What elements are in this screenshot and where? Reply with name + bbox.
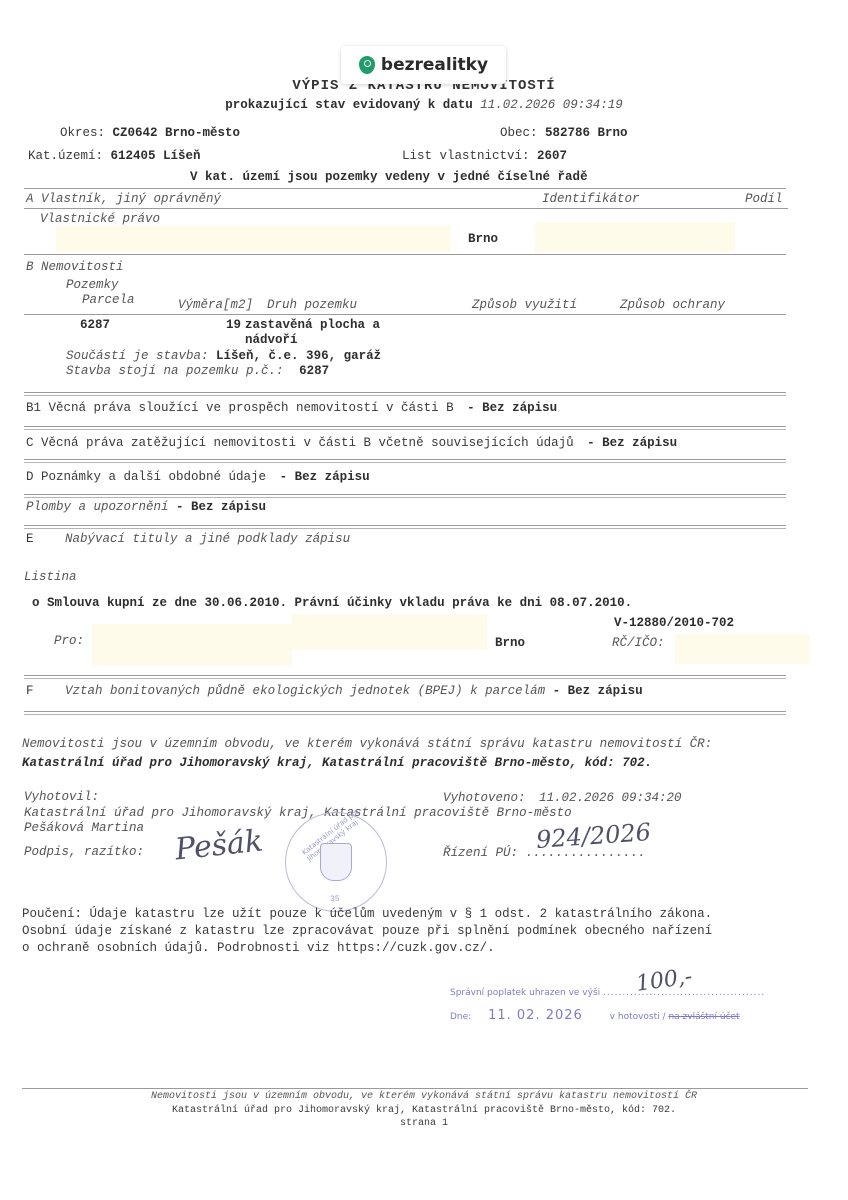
notice-line1: Poučení: Údaje katastru lze užít pouze k… xyxy=(22,907,712,921)
notice-line3: o ochraně osobních údajů. Podrobnosti vi… xyxy=(22,941,495,955)
divider xyxy=(24,392,786,393)
col-zpusob-vyuziti: Způsob využití xyxy=(472,298,577,312)
redacted-owner-name xyxy=(56,226,451,252)
owner-city: Brno xyxy=(468,232,498,246)
redacted-identifier xyxy=(535,222,735,252)
section-b1: B1 Věcná práva sloužící ve prospěch nemo… xyxy=(26,401,557,415)
stavba-stoji: Stavba stojí na pozemku p.č.: 6287 xyxy=(66,364,329,378)
okres-field: Okres: CZ0642 Brno-město xyxy=(60,126,240,140)
redacted-recipient-address xyxy=(292,614,487,650)
listina-entry: o Smlouva kupní ze dne 30.06.2010. Právn… xyxy=(32,596,632,610)
subtitle-date: 11.02.2026 09:34:19 xyxy=(480,98,623,112)
numbering-note: V kat. území jsou pozemky vedeny v jedné… xyxy=(190,170,588,184)
druh-cell-line1: zastavěná plocha a xyxy=(245,318,380,332)
fee-date-row: Dne: 11. 02. 2026 v hotovosti / na zvláš… xyxy=(450,1008,740,1023)
notice-line2: Osobní údaje získané z katastru lze zpra… xyxy=(22,924,712,938)
footer-line1: Nemovitosti jsou v územním obvodu, ve kt… xyxy=(0,1091,848,1102)
section-c: C Věcná práva zatěžující nemovitosti v č… xyxy=(26,436,677,450)
divider xyxy=(24,188,786,189)
stamp-number: 35 xyxy=(330,895,340,904)
pro-city: Brno xyxy=(495,636,525,650)
office-line2: Katastrální úřad pro Jihomoravský kraj, … xyxy=(22,756,652,770)
key-pin-icon xyxy=(359,56,375,74)
coat-of-arms-icon xyxy=(320,843,352,881)
footer-divider xyxy=(22,1088,808,1089)
office-stamp: Katastrální úřad pro Jihomoravský kraj 3… xyxy=(285,812,387,912)
col-parcela: Parcela xyxy=(82,293,135,307)
section-plomby: Plomby a upozornění - Bez zápisu xyxy=(26,500,266,514)
document-subtitle: prokazující stav evidovaný k datu 11.02.… xyxy=(0,98,848,112)
divider xyxy=(24,426,786,427)
office-line1: Nemovitosti jsou v územním obvodu, ve kt… xyxy=(22,737,712,751)
redacted-recipient-name xyxy=(92,624,292,666)
vlastnicke-pravo-label: Vlastnické právo xyxy=(40,212,160,226)
issuer-person: Pešáková Martina xyxy=(24,821,144,835)
vymera-cell: 19 xyxy=(226,318,240,332)
rc-ico-label: RČ/IČO: xyxy=(612,636,665,650)
section-f: F Vztah bonitovaných půdně ekologických … xyxy=(26,684,643,698)
fee-label: Správní poplatek uhrazen ve výši .......… xyxy=(450,988,765,998)
section-d: D Poznámky a další obdobné údaje - Bez z… xyxy=(26,470,370,484)
druh-cell-line2: nádvoří xyxy=(245,333,298,347)
divider xyxy=(24,254,786,255)
divider xyxy=(24,711,786,712)
col-druh: Druh pozemku xyxy=(267,298,357,312)
pro-label: Pro: xyxy=(54,634,84,648)
watermark-logo: bezrealitky xyxy=(341,46,506,84)
divider xyxy=(24,459,786,460)
issuer-office: Katastrální úřad pro Jihomoravský kraj, … xyxy=(24,806,572,820)
divider xyxy=(24,525,786,526)
listina-label: Listina xyxy=(24,570,77,584)
list-vlastnictvi-field: List vlastnictví: 2607 xyxy=(402,149,567,163)
footer-line2: Katastrální úřad pro Jihomoravský kraj, … xyxy=(0,1105,848,1116)
divider xyxy=(24,494,786,495)
col-zpusob-ochrany: Způsob ochrany xyxy=(620,298,725,312)
section-b-heading: B Nemovitosti xyxy=(26,260,124,274)
listina-ref: V-12880/2010-702 xyxy=(614,616,734,630)
section-a-heading: A Vlastník, jiný oprávněný xyxy=(26,192,221,206)
section-e-heading: E Nabývací tituly a jiné podklady zápisu xyxy=(26,532,350,546)
divider xyxy=(24,314,786,315)
col-identifikator: Identifikátor xyxy=(542,192,640,206)
page-number: strana 1 xyxy=(0,1118,848,1129)
col-vymera: Výměra[m2] xyxy=(178,298,253,312)
col-podil: Podíl xyxy=(745,192,783,206)
divider xyxy=(24,675,786,676)
divider xyxy=(24,208,788,209)
obec-field: Obec: 582786 Brno xyxy=(500,126,628,140)
vyhotoveno-field: Vyhotoveno: 11.02.2026 09:34:20 xyxy=(443,791,682,805)
kat-uzemi-field: Kat.území: 612405 Líšeň xyxy=(28,149,201,163)
vyhotovil-label: Vyhotovil: xyxy=(24,790,99,804)
redacted-rc-ico xyxy=(675,634,810,664)
brand-name: bezrealitky xyxy=(381,55,488,75)
podpis-label: Podpis, razítko: xyxy=(24,845,144,859)
signature: Pešák xyxy=(173,823,264,867)
parcela-cell: 6287 xyxy=(80,318,110,332)
soucasti-stavba: Součástí je stavba: Líšeň, č.e. 396, gar… xyxy=(66,349,381,363)
pozemky-label: Pozemky xyxy=(66,278,119,292)
